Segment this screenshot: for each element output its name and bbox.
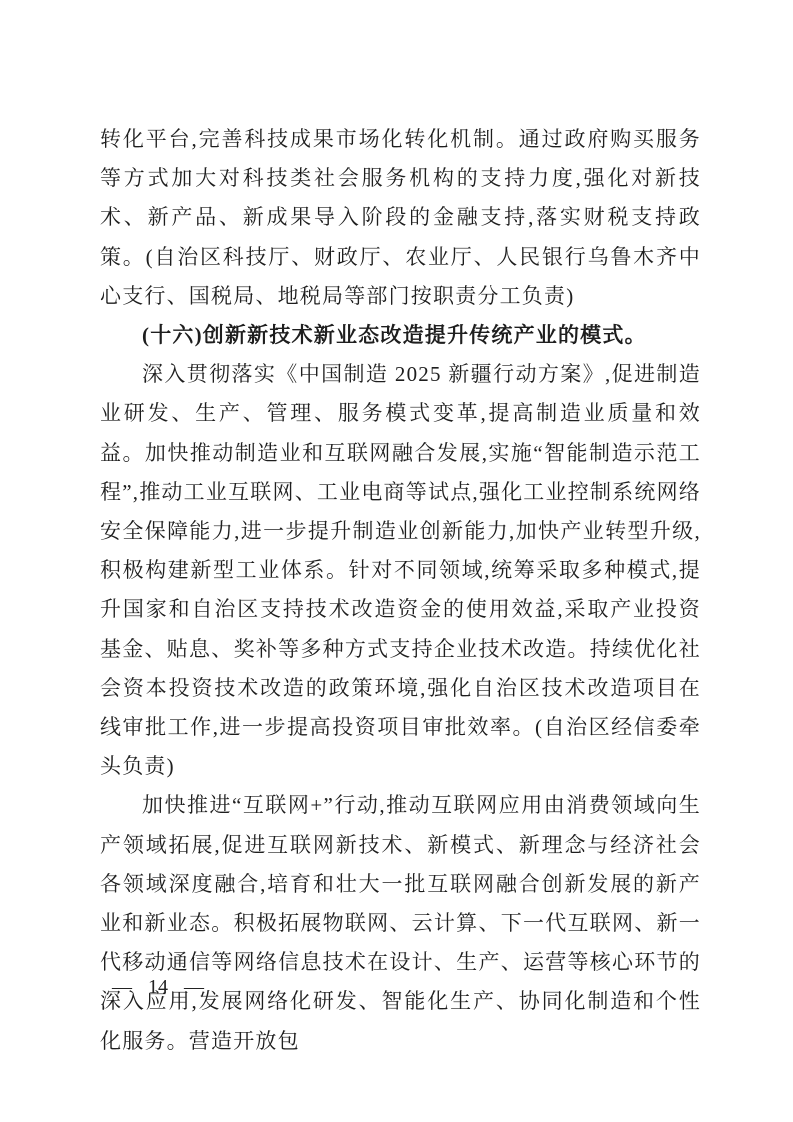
document-page: 转化平台,完善科技成果市场化转化机制。通过政府购买服务等方式加大对科技类社会服务…: [0, 0, 793, 1122]
document-body: 转化平台,完善科技成果市场化转化机制。通过政府购买服务等方式加大对科技类社会服务…: [100, 120, 701, 1061]
page-footer: — 14 —: [112, 976, 204, 998]
page-number: 14: [148, 976, 168, 998]
body-paragraph: 加快推进“互联网+”行动,推动互联网应用由消费领域向生产领域拓展,促进互联网新技…: [100, 786, 701, 1060]
footer-left-dash: —: [112, 976, 132, 998]
section-heading: (十六)创新新技术新业态改造提升传统产业的模式。: [100, 316, 701, 355]
body-paragraph-continuation: 转化平台,完善科技成果市场化转化机制。通过政府购买服务等方式加大对科技类社会服务…: [100, 120, 701, 316]
footer-right-dash: —: [184, 976, 204, 998]
body-paragraph: 深入贯彻落实《中国制造 2025 新疆行动方案》,促进制造业研发、生产、管理、服…: [100, 355, 701, 786]
